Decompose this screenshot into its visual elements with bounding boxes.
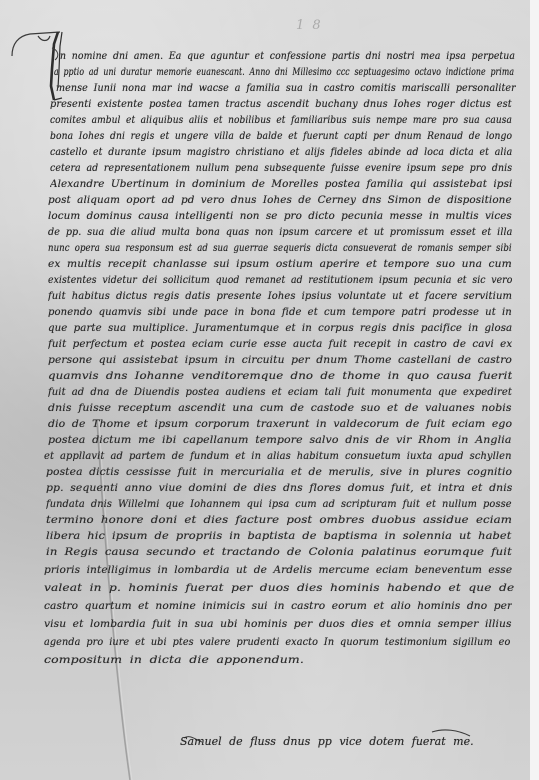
text-line: fuit habitus dictus regis datis presente… (48, 290, 512, 306)
text-line: fuit ad dna de Diuendis postea audiens e… (48, 386, 512, 402)
text-line: castello et durante ipsum magistro chris… (50, 146, 512, 162)
text-line: dio de Thome et ipsum corporum traxerunt… (48, 418, 512, 434)
text-line: ex multis recepit chanlasse sui ipsum os… (48, 258, 512, 274)
text-line: valeat in p. hominis fuerat per duos die… (44, 582, 514, 598)
text-line: ponendo quamvis sibi unde pace in bona f… (48, 306, 512, 322)
text-line: et appllavit ad partem de fundum et in a… (44, 450, 512, 466)
text-line: persone qui assistebat ipsum in circuitu… (48, 354, 512, 370)
text-line: Alexandre Ubertinum in dominium de Morel… (50, 178, 512, 194)
text-line: postea dictum me ibi capellanum tempore … (48, 434, 511, 450)
notary-signature: Samuel de fluss dnus pp vice dotem fuera… (180, 735, 474, 748)
text-line: compositum in dicta die apponendum. (44, 654, 304, 670)
text-line: dnis fuisse receptum ascendit una cum de… (48, 402, 512, 418)
text-line: prioris intelligimus in lombardia ut de … (44, 564, 512, 580)
text-line: mense Iunii nona mar ind wacse a familia… (56, 82, 516, 98)
text-line: quamvis dns Iohanne venditoremque dno de… (48, 370, 512, 386)
text-line: termino honore doni et dies facture post… (46, 514, 512, 530)
text-line: comites ambul et aliquibus aliis et nobi… (50, 114, 512, 130)
text-line: agenda pro iure et ubi ptes valere prude… (44, 636, 510, 652)
text-line: n nomine dni amen. Ea que aguntur et con… (60, 50, 515, 66)
text-line: castro quartum et nomine inimicis sui in… (44, 600, 512, 616)
text-line: postea dictis cessisse fuit in mercurial… (46, 466, 512, 482)
text-line: fundata dnis Willelmi que Iohannem qui i… (46, 498, 512, 514)
page-edge-margin (530, 0, 539, 780)
text-line: visu et lombardia fuit in sua ubi homini… (44, 618, 512, 634)
text-line: libera hic ipsum de propriis in baptista… (46, 530, 512, 546)
text-line: post aliquam oport ad pd vero dnus Iohes… (48, 194, 512, 210)
text-line: de pp. sua die aliud multa bona quas non… (48, 226, 512, 242)
text-line: existentes videtur dei sollicitum quod r… (48, 274, 512, 290)
text-line: cetera ad representationem nullum pena s… (50, 162, 512, 178)
text-line: presenti existente postea tamen tractus … (50, 98, 512, 114)
folio-number: 1 8 (296, 18, 323, 33)
text-line: nunc opera sua responsum est ad sua guer… (48, 242, 512, 258)
text-line: pp. sequenti anno viue domini de dies dn… (46, 482, 512, 498)
text-line: in Regis causa secundo et tractando de C… (46, 546, 512, 562)
text-line: fuit perfectum et postea eciam curie ess… (48, 338, 512, 354)
text-line: locum dominus causa intelligenti non se … (48, 210, 512, 226)
text-line: a pptio ad uni duratur memorie euanescan… (54, 66, 514, 82)
text-line: que parte sua multiplice. Juramentumque … (48, 322, 512, 338)
text-line: bona Iohes dni regis et ungere villa de … (50, 130, 512, 146)
